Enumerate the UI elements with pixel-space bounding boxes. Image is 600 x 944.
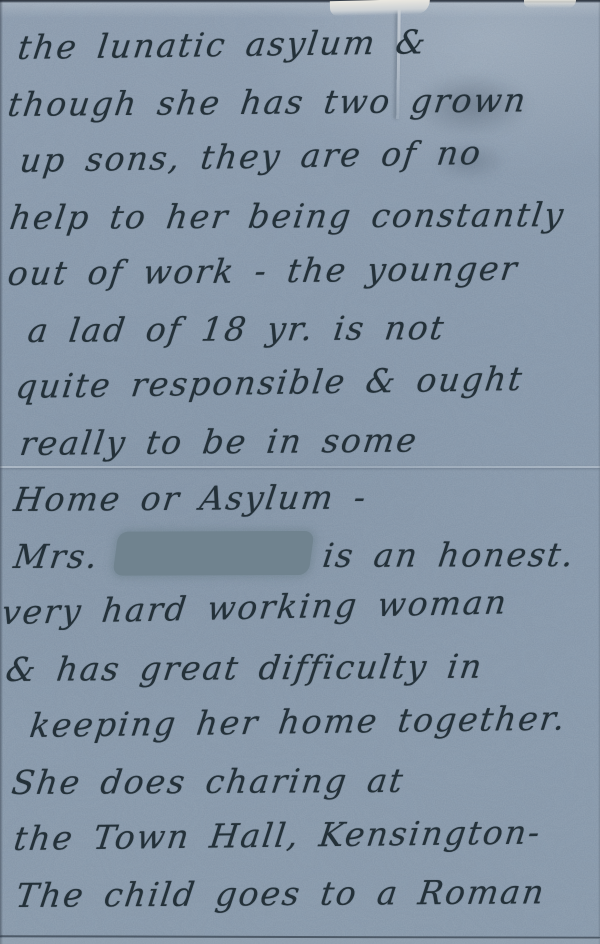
line-text: She does charing at: [9, 760, 407, 801]
handwriting-line: the lunatic asylum &: [14, 12, 600, 77]
handwriting-line: very hard working woman: [0, 572, 600, 641]
handwriting-line: a lad of 18 yr. is not: [24, 298, 600, 359]
letter-page: the lunatic asylum & though she has two …: [0, 0, 600, 944]
line-text: out of work - the younger: [6, 249, 521, 293]
line-text: a lad of 18 yr. is not: [25, 308, 447, 350]
handwriting-line: keeping her home together.: [26, 690, 600, 755]
line-text: keeping her home together.: [28, 698, 569, 745]
paper-bottom-band: [0, 938, 600, 944]
handwriting-line: & has great difficulty in: [2, 637, 600, 698]
handwriting-line: help to her being constantly: [6, 186, 600, 246]
line-text: & has great difficulty in: [3, 646, 485, 688]
handwriting-line: Home or Asylum -: [10, 468, 600, 529]
letter-text: the lunatic asylum & though she has two …: [0, 20, 600, 924]
handwriting-line: She does charing at: [8, 751, 600, 811]
line-text: though she has two grown: [6, 80, 530, 124]
handwriting-line: quite responsible & ought: [12, 350, 600, 416]
handwriting-line: out of work - the younger: [4, 240, 600, 303]
handwriting-line: up sons, they are of no: [17, 123, 600, 190]
handwriting-line: The child goes to a Roman: [12, 863, 600, 924]
handwriting-line: the Town Hall, Kensington-: [10, 804, 600, 868]
line-text: the Town Hall, Kensington-: [12, 813, 544, 859]
line-text: really to be in some: [18, 420, 421, 463]
line-text: is an honest.: [320, 535, 577, 575]
paper-fold-tear: [524, 0, 576, 8]
line-text: the lunatic asylum &: [16, 22, 430, 67]
line-text: up sons, they are of no: [18, 133, 485, 180]
line-text: quite responsible & ought: [14, 359, 526, 406]
line-text: very hard working woman: [0, 582, 510, 632]
redaction-box: [112, 530, 314, 575]
handwriting-line: really to be in some: [16, 410, 600, 472]
line-text: Mrs.: [11, 536, 101, 575]
line-text: Home or Asylum -: [11, 478, 369, 520]
line-text: help to her being constantly: [7, 195, 567, 237]
line-text: The child goes to a Roman: [13, 872, 548, 915]
